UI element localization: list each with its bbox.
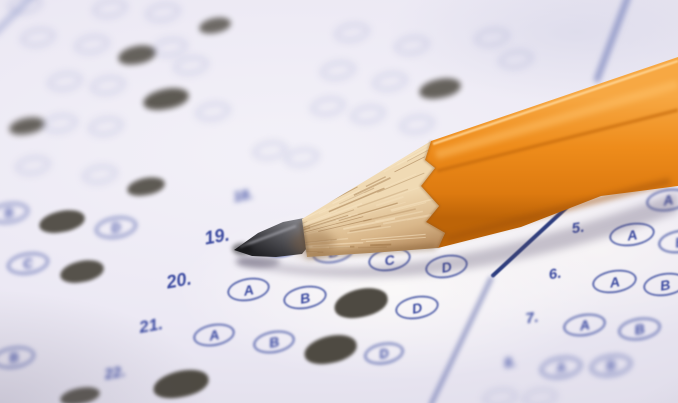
graphite-point-dark <box>232 243 252 255</box>
wood-fiber <box>370 245 391 246</box>
answer-sheet-photo: 18.19.ABCD20.ABD21.ABD22.5.AB6.AB7.AB8.A… <box>0 0 678 403</box>
pencil-tip-contact-shadow <box>236 256 280 268</box>
pencil <box>0 0 678 403</box>
wood-fiber <box>358 247 387 248</box>
